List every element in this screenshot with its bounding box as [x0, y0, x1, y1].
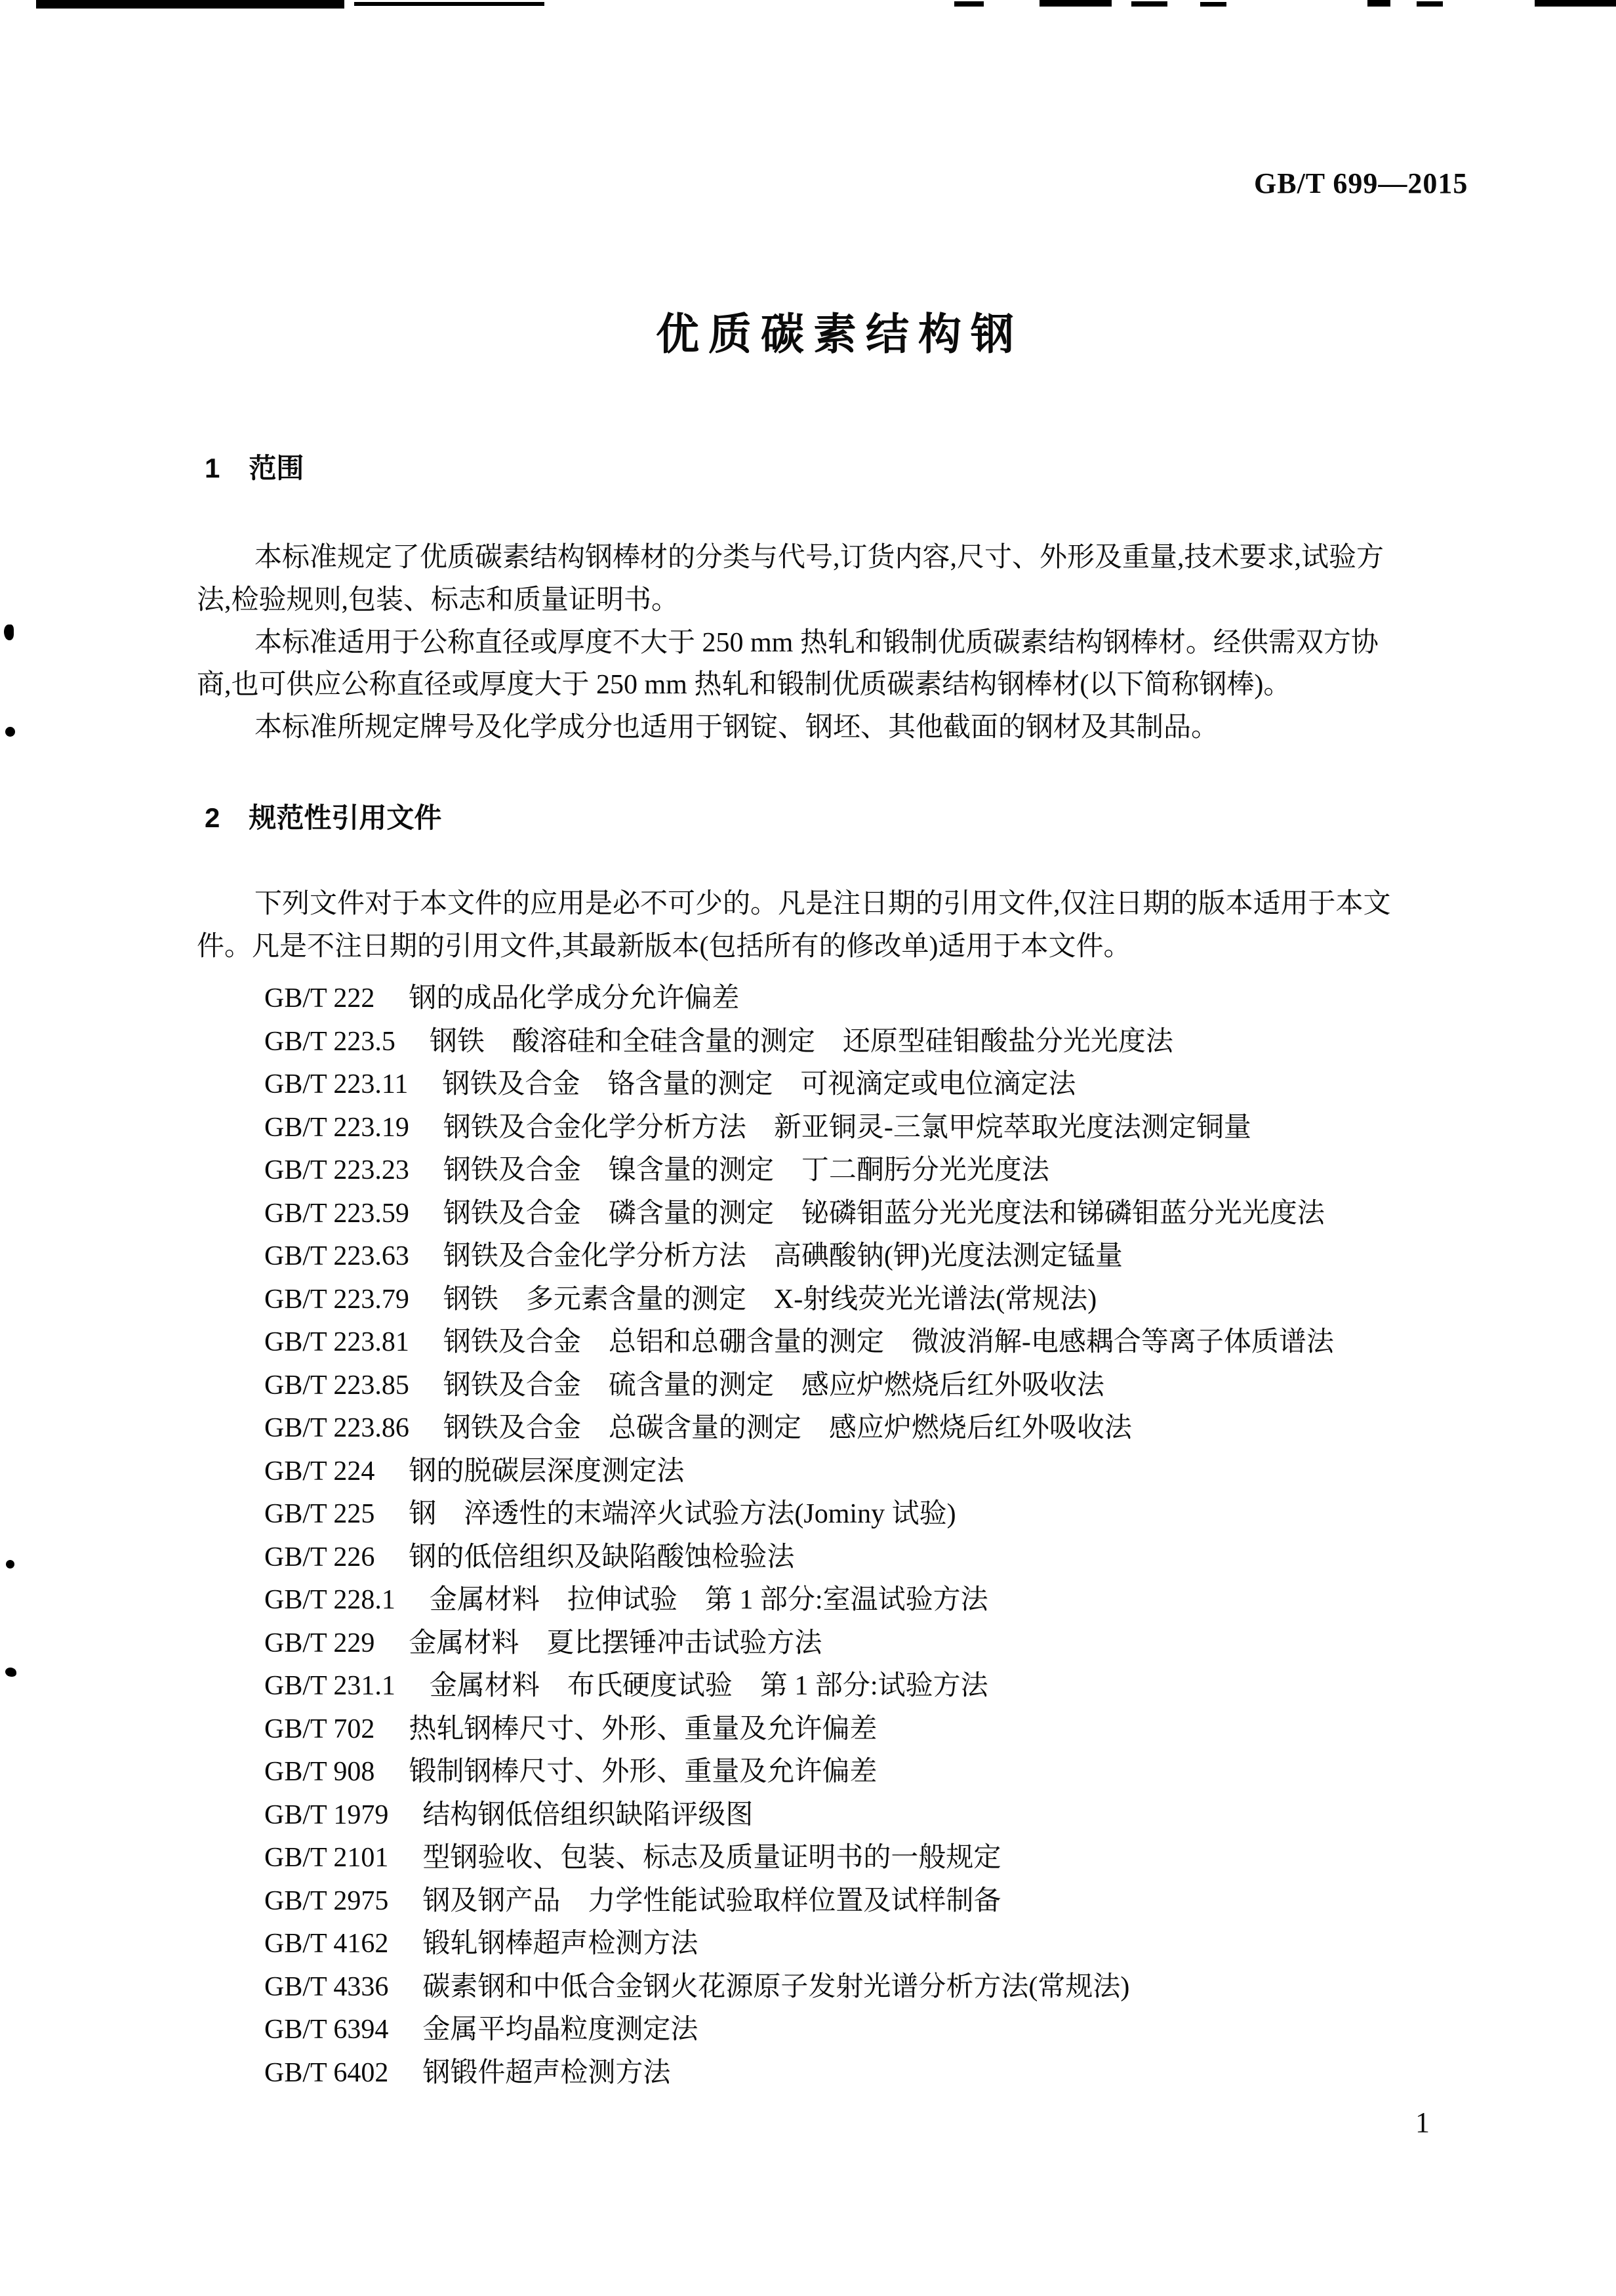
reference-item: GB/T 228.1金属材料 拉伸试验 第 1 部分:室温试验方法	[264, 1579, 1334, 1622]
reference-title: 钢铁 酸溶硅和全硅含量的测定 还原型硅钼酸盐分光光度法	[430, 1027, 1173, 1057]
reference-item: GB/T 702热轧钢棒尺寸、外形、重量及允许偏差	[264, 1708, 1334, 1752]
reference-code: GB/T 226	[264, 1542, 374, 1572]
reference-list: GB/T 222钢的成品化学成分允许偏差 GB/T 223.5钢铁 酸溶硅和全硅…	[264, 977, 1334, 2095]
reference-item: GB/T 222钢的成品化学成分允许偏差	[264, 977, 1334, 1021]
reference-code: GB/T 223.85	[264, 1370, 409, 1401]
body-line: 法,检验规则,包装、标志和质量证明书。	[197, 579, 1384, 622]
reference-title: 碳素钢和中低合金钢火花源原子发射光谱分析方法(常规法)	[422, 1972, 1129, 2002]
scan-artifact	[354, 2, 544, 6]
reference-code: GB/T 223.86	[264, 1413, 409, 1443]
reference-item: GB/T 223.63钢铁及合金化学分析方法 高碘酸钠(钾)光度法测定锰量	[264, 1235, 1334, 1279]
scan-artifact	[1040, 0, 1112, 7]
reference-item: GB/T 4162锻轧钢棒超声检测方法	[264, 1923, 1334, 1966]
scan-artifact	[954, 1, 984, 7]
reference-code: GB/T 222	[264, 983, 374, 1014]
reference-code: GB/T 223.81	[264, 1327, 409, 1357]
reference-item: GB/T 229金属材料 夏比摆锤冲击试验方法	[264, 1622, 1334, 1666]
reference-code: GB/T 6394	[264, 2015, 388, 2045]
reference-item: GB/T 224钢的脱碳层深度测定法	[264, 1450, 1334, 1494]
page-number: 1	[1415, 2106, 1430, 2139]
reference-item: GB/T 223.5钢铁 酸溶硅和全硅含量的测定 还原型硅钼酸盐分光光度法	[264, 1021, 1334, 1064]
scan-speck	[5, 727, 15, 737]
standard-number: GB/T 699—2015	[1254, 167, 1468, 200]
reference-code: GB/T 223.19	[264, 1113, 409, 1143]
reference-title: 钢铁及合金化学分析方法 高碘酸钠(钾)光度法测定锰量	[443, 1241, 1123, 1271]
reference-title: 锻制钢棒尺寸、外形、重量及允许偏差	[409, 1757, 877, 1787]
scan-speck	[5, 1668, 16, 1677]
reference-item: GB/T 223.23钢铁及合金 镍含量的测定 丁二酮肟分光光度法	[264, 1149, 1334, 1193]
body-line: 本标准所规定牌号及化学成分也适用于钢锭、钢坯、其他截面的钢材及其制品。	[197, 707, 1384, 749]
reference-title: 金属材料 布氏硬度试验 第 1 部分:试验方法	[430, 1671, 988, 1701]
reference-item: GB/T 223.85钢铁及合金 硫含量的测定 感应炉燃烧后红外吸收法	[264, 1364, 1334, 1408]
reference-item: GB/T 223.79钢铁 多元素含量的测定 X-射线荧光光谱法(常规法)	[264, 1279, 1334, 1322]
reference-title: 钢及钢产品 力学性能试验取样位置及试样制备	[422, 1886, 1001, 1916]
reference-item: GB/T 2975钢及钢产品 力学性能试验取样位置及试样制备	[264, 1880, 1334, 1923]
document-title: 优质碳素结构钢	[656, 312, 1023, 358]
reference-title: 钢铁及合金 磷含量的测定 铋磷钼蓝分光光度法和锑磷钼蓝分光光度法	[443, 1199, 1325, 1229]
section-1-body: 本标准规定了优质碳素结构钢棒材的分类与代号,订货内容,尺寸、外形及重量,技术要求…	[197, 537, 1384, 749]
reference-code: GB/T 223.63	[264, 1241, 409, 1271]
reference-code: GB/T 223.59	[264, 1199, 409, 1229]
reference-item: GB/T 225钢 淬透性的末端淬火试验方法(Jominy 试验)	[264, 1493, 1334, 1536]
reference-code: GB/T 228.1	[264, 1585, 395, 1615]
reference-title: 钢铁及合金 铬含量的测定 可视滴定或电位滴定法	[442, 1069, 1076, 1099]
reference-item: GB/T 226钢的低倍组织及缺陷酸蚀检验法	[264, 1536, 1334, 1580]
section-2-intro: 下列文件对于本文件的应用是必不可少的。凡是注日期的引用文件,仅注日期的版本适用于…	[197, 883, 1391, 968]
body-line: 商,也可供应公称直径或厚度大于 250 mm 热轧和锻制优质碳素结构钢棒材(以下…	[197, 664, 1384, 707]
reference-title: 钢的成品化学成分允许偏差	[409, 983, 739, 1014]
reference-code: GB/T 1979	[264, 1800, 388, 1830]
reference-title: 金属材料 拉伸试验 第 1 部分:室温试验方法	[430, 1585, 988, 1615]
reference-title: 金属材料 夏比摆锤冲击试验方法	[409, 1628, 822, 1658]
section-number: 1	[205, 453, 220, 483]
section-number: 2	[205, 802, 220, 833]
reference-item: GB/T 223.86钢铁及合金 总碳含量的测定 感应炉燃烧后红外吸收法	[264, 1407, 1334, 1450]
reference-title: 热轧钢棒尺寸、外形、重量及允许偏差	[409, 1714, 877, 1744]
reference-code: GB/T 6402	[264, 2058, 388, 2088]
reference-code: GB/T 908	[264, 1757, 374, 1787]
scan-artifact	[1535, 0, 1616, 7]
body-line: 件。凡是不注日期的引用文件,其最新版本(包括所有的修改单)适用于本文件。	[197, 926, 1391, 968]
reference-title: 钢铁及合金 总铝和总硼含量的测定 微波消解-电感耦合等离子体质谱法	[443, 1327, 1334, 1357]
reference-item: GB/T 908锻制钢棒尺寸、外形、重量及允许偏差	[264, 1751, 1334, 1794]
reference-item: GB/T 4336碳素钢和中低合金钢火花源原子发射光谱分析方法(常规法)	[264, 1966, 1334, 2009]
reference-code: GB/T 224	[264, 1456, 374, 1486]
reference-item: GB/T 223.81钢铁及合金 总铝和总硼含量的测定 微波消解-电感耦合等离子…	[264, 1321, 1334, 1364]
scan-artifact	[1200, 2, 1226, 7]
body-line: 本标准规定了优质碳素结构钢棒材的分类与代号,订货内容,尺寸、外形及重量,技术要求…	[197, 537, 1384, 579]
reference-item: GB/T 6394金属平均晶粒度测定法	[264, 2009, 1334, 2052]
body-line: 本标准适用于公称直径或厚度不大于 250 mm 热轧和锻制优质碳素结构钢棒材。经…	[197, 622, 1384, 665]
reference-code: GB/T 4162	[264, 1929, 388, 1959]
reference-title: 钢的低倍组织及缺陷酸蚀检验法	[409, 1542, 794, 1572]
reference-title: 钢铁及合金 总碳含量的测定 感应炉燃烧后红外吸收法	[443, 1413, 1132, 1443]
reference-title: 金属平均晶粒度测定法	[422, 2015, 698, 2045]
reference-title: 锻轧钢棒超声检测方法	[422, 1929, 698, 1959]
reference-code: GB/T 2975	[264, 1886, 388, 1916]
reference-code: GB/T 225	[264, 1499, 374, 1529]
scan-speck	[6, 1560, 14, 1568]
reference-title: 钢 淬透性的末端淬火试验方法(Jominy 试验)	[409, 1499, 956, 1529]
section-1-heading: 1范围	[205, 454, 304, 483]
reference-item: GB/T 231.1金属材料 布氏硬度试验 第 1 部分:试验方法	[264, 1665, 1334, 1708]
reference-code: GB/T 223.23	[264, 1155, 409, 1185]
reference-code: GB/T 223.79	[264, 1284, 409, 1315]
reference-title: 钢锻件超声检测方法	[422, 2058, 670, 2088]
reference-code: GB/T 223.11	[264, 1069, 408, 1099]
reference-item: GB/T 223.19钢铁及合金化学分析方法 新亚铜灵-三氯甲烷萃取光度法测定铜…	[264, 1107, 1334, 1150]
scan-speck	[4, 625, 14, 640]
section-title: 规范性引用文件	[249, 802, 441, 833]
reference-code: GB/T 231.1	[264, 1671, 395, 1701]
scan-artifact	[1131, 1, 1167, 7]
reference-title: 钢铁及合金化学分析方法 新亚铜灵-三氯甲烷萃取光度法测定铜量	[443, 1113, 1251, 1143]
reference-code: GB/T 229	[264, 1628, 374, 1658]
reference-item: GB/T 1979结构钢低倍组织缺陷评级图	[264, 1794, 1334, 1837]
reference-code: GB/T 702	[264, 1714, 374, 1744]
reference-item: GB/T 223.11钢铁及合金 铬含量的测定 可视滴定或电位滴定法	[264, 1063, 1334, 1107]
section-title: 范围	[249, 453, 304, 483]
document-page: GB/T 699—2015 优质碳素结构钢 1范围 本标准规定了优质碳素结构钢棒…	[0, 0, 1616, 2296]
reference-title: 钢铁及合金 镍含量的测定 丁二酮肟分光光度法	[443, 1155, 1049, 1185]
scan-artifact	[1417, 1, 1443, 7]
scan-artifact	[36, 0, 344, 9]
reference-code: GB/T 2101	[264, 1843, 388, 1873]
reference-title: 型钢验收、包装、标志及质量证明书的一般规定	[422, 1843, 1001, 1873]
reference-title: 钢铁及合金 硫含量的测定 感应炉燃烧后红外吸收法	[443, 1370, 1104, 1401]
reference-title: 钢的脱碳层深度测定法	[409, 1456, 684, 1486]
scan-artifact	[1367, 0, 1390, 7]
body-line: 下列文件对于本文件的应用是必不可少的。凡是注日期的引用文件,仅注日期的版本适用于…	[197, 883, 1391, 926]
reference-code: GB/T 4336	[264, 1972, 388, 2002]
reference-item: GB/T 223.59钢铁及合金 磷含量的测定 铋磷钼蓝分光光度法和锑磷钼蓝分光…	[264, 1193, 1334, 1236]
section-2-heading: 2规范性引用文件	[205, 804, 441, 832]
reference-title: 结构钢低倍组织缺陷评级图	[422, 1800, 753, 1830]
reference-title: 钢铁 多元素含量的测定 X-射线荧光光谱法(常规法)	[443, 1284, 1097, 1315]
reference-code: GB/T 223.5	[264, 1027, 395, 1057]
reference-item: GB/T 6402钢锻件超声检测方法	[264, 2052, 1334, 2095]
reference-item: GB/T 2101型钢验收、包装、标志及质量证明书的一般规定	[264, 1837, 1334, 1880]
